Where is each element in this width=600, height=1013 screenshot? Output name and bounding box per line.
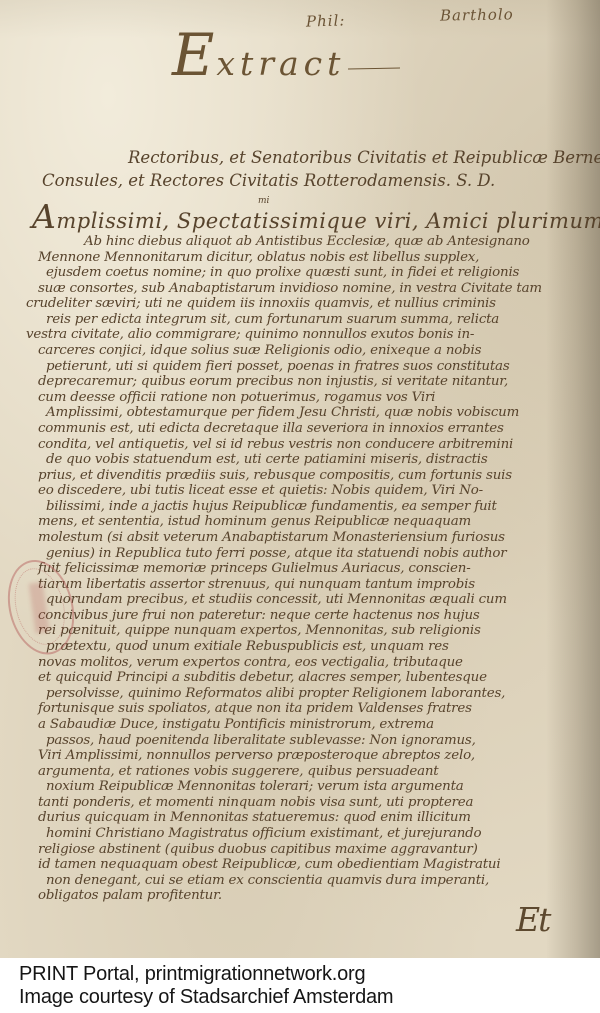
manuscript-line: novas molitos, verum expertos contra, eo…: [38, 655, 586, 671]
manuscript-line: communis est, uti edicta decretaque illa…: [38, 421, 586, 437]
address-line: Consules, et Rectores Civitatis Rotterod…: [0, 169, 596, 192]
manuscript-line: a Sabaudiæ Duce, instigatu Pontificis mi…: [38, 717, 586, 733]
manuscript-line: fuit felicissimæ memoriæ princeps Guliel…: [38, 561, 586, 577]
archival-annotation-right: Bartholo: [440, 5, 514, 24]
manuscript-line: de quo vobis statuendum est, uti certe p…: [46, 452, 586, 468]
manuscript-line: vestra civitate, alio commigrare; quinim…: [26, 327, 586, 343]
manuscript-line: Amplissimi, obtestamurque per fidem Jesu…: [46, 405, 586, 421]
manuscript-line: rei pænituit, quippe nunquam expertos, M…: [38, 623, 586, 639]
manuscript-line: argumenta, et rationes vobis suggerere, …: [38, 764, 586, 780]
manuscript-line: tanti ponderis, et momenti ninquam nobis…: [38, 795, 586, 811]
manuscript-line: non denegant, cui se etiam ex conscienti…: [46, 873, 586, 889]
catchword-mark: Et: [516, 900, 549, 939]
manuscript-line: ejusdem coetus nomine; in quo prolixe qu…: [46, 265, 586, 281]
manuscript-line: prius, et divenditis prædiis suis, rebus…: [38, 468, 586, 484]
address-block: Rectoribus, et Senatoribus Civitatis et …: [0, 146, 596, 192]
manuscript-line: durius quicquam in Mennonitas statueremu…: [38, 810, 586, 826]
manuscript-line: prætextu, quod unum exitiale Rebuspublic…: [46, 639, 586, 655]
manuscript-line: bilissimi, inde a jactis hujus Reipublic…: [46, 499, 586, 515]
manuscript-line: homini Christiano Magistratus officium e…: [46, 826, 586, 842]
manuscript-line: et quicquid Principi a subditis debetur,…: [38, 670, 586, 686]
image-caption-strip: PRINT Portal, printmigrationnetwork.org …: [0, 958, 600, 1013]
caption-courtesy-line: Image courtesy of Stadsarchief Amsterdam: [19, 986, 600, 1009]
manuscript-line: suæ consortes, sub Anabaptistarum invidi…: [38, 281, 586, 297]
salutation-line: Amplissimi, Spectatissimique viri, Amici…: [32, 197, 600, 236]
manuscript-line: tiarum libertatis assertor strenuus, qui…: [38, 577, 586, 593]
salutation-superscript: mi: [258, 196, 269, 206]
manuscript-body: Ab hinc diebus aliquot ab Antistibus Ecc…: [38, 234, 586, 904]
manuscript-line: petierunt, uti si quidem fieri posset, p…: [46, 359, 586, 375]
manuscript-line: carceres conjici, idque solius suæ Relig…: [38, 343, 586, 359]
manuscript-line: mens, et sententia, istud hominum genus …: [38, 514, 586, 530]
manuscript-line: reis per edicta integrum sit, cum fortun…: [46, 312, 586, 328]
manuscript-line: fortunisque suis spoliatos, atque non it…: [38, 701, 586, 717]
manuscript-line: Viri Amplissimi, nonnullos perverso præp…: [38, 748, 586, 764]
manuscript-paper: Phil: Bartholo Extract Rectoribus, et Se…: [0, 0, 600, 958]
manuscript-line: obligatos palam profitentur.: [38, 888, 586, 904]
manuscript-line: Mennone Mennonitarum dicitur, oblatus no…: [38, 250, 586, 266]
manuscript-line: cum deesse officii ratione non potuerimu…: [38, 390, 586, 406]
manuscript-line: noxium Reipublicæ Mennonitas tolerari; v…: [46, 779, 586, 795]
manuscript-line: condita, vel antiquetis, vel si id rebus…: [38, 437, 586, 453]
manuscript-line: crudeliter sæviri; uti ne quidem iis inn…: [26, 296, 586, 312]
scanned-document-page: Phil: Bartholo Extract Rectoribus, et Se…: [0, 0, 600, 1013]
manuscript-line: molestum (si absit veterum Anabaptistaru…: [38, 530, 586, 546]
manuscript-line: Ab hinc diebus aliquot ab Antistibus Ecc…: [38, 234, 586, 250]
manuscript-line: genius) in Republica tuto ferri posse, a…: [46, 546, 586, 562]
manuscript-line: concivibus jure frui non pateretur: nequ…: [38, 608, 586, 624]
manuscript-line: passos, haud poenitenda liberalitate sub…: [46, 733, 586, 749]
caption-source-line: PRINT Portal, printmigrationnetwork.org: [19, 963, 600, 986]
manuscript-line: eo discedere, ubi tutis liceat esse et q…: [38, 483, 586, 499]
document-title: Extract: [172, 20, 400, 99]
manuscript-line: religiose abstinent (quibus duobus capit…: [38, 842, 586, 858]
manuscript-line: deprecaremur; quibus eorum precibus non …: [38, 374, 586, 390]
manuscript-line: persolvisse, quinimo Reformatos alibi pr…: [46, 686, 586, 702]
manuscript-line: quorundam precibus, et studiis concessit…: [46, 592, 586, 608]
manuscript-line: id tamen nequaquam obest Reipublicæ, cum…: [38, 857, 586, 873]
address-line: Rectoribus, et Senatoribus Civitatis et …: [0, 146, 596, 169]
